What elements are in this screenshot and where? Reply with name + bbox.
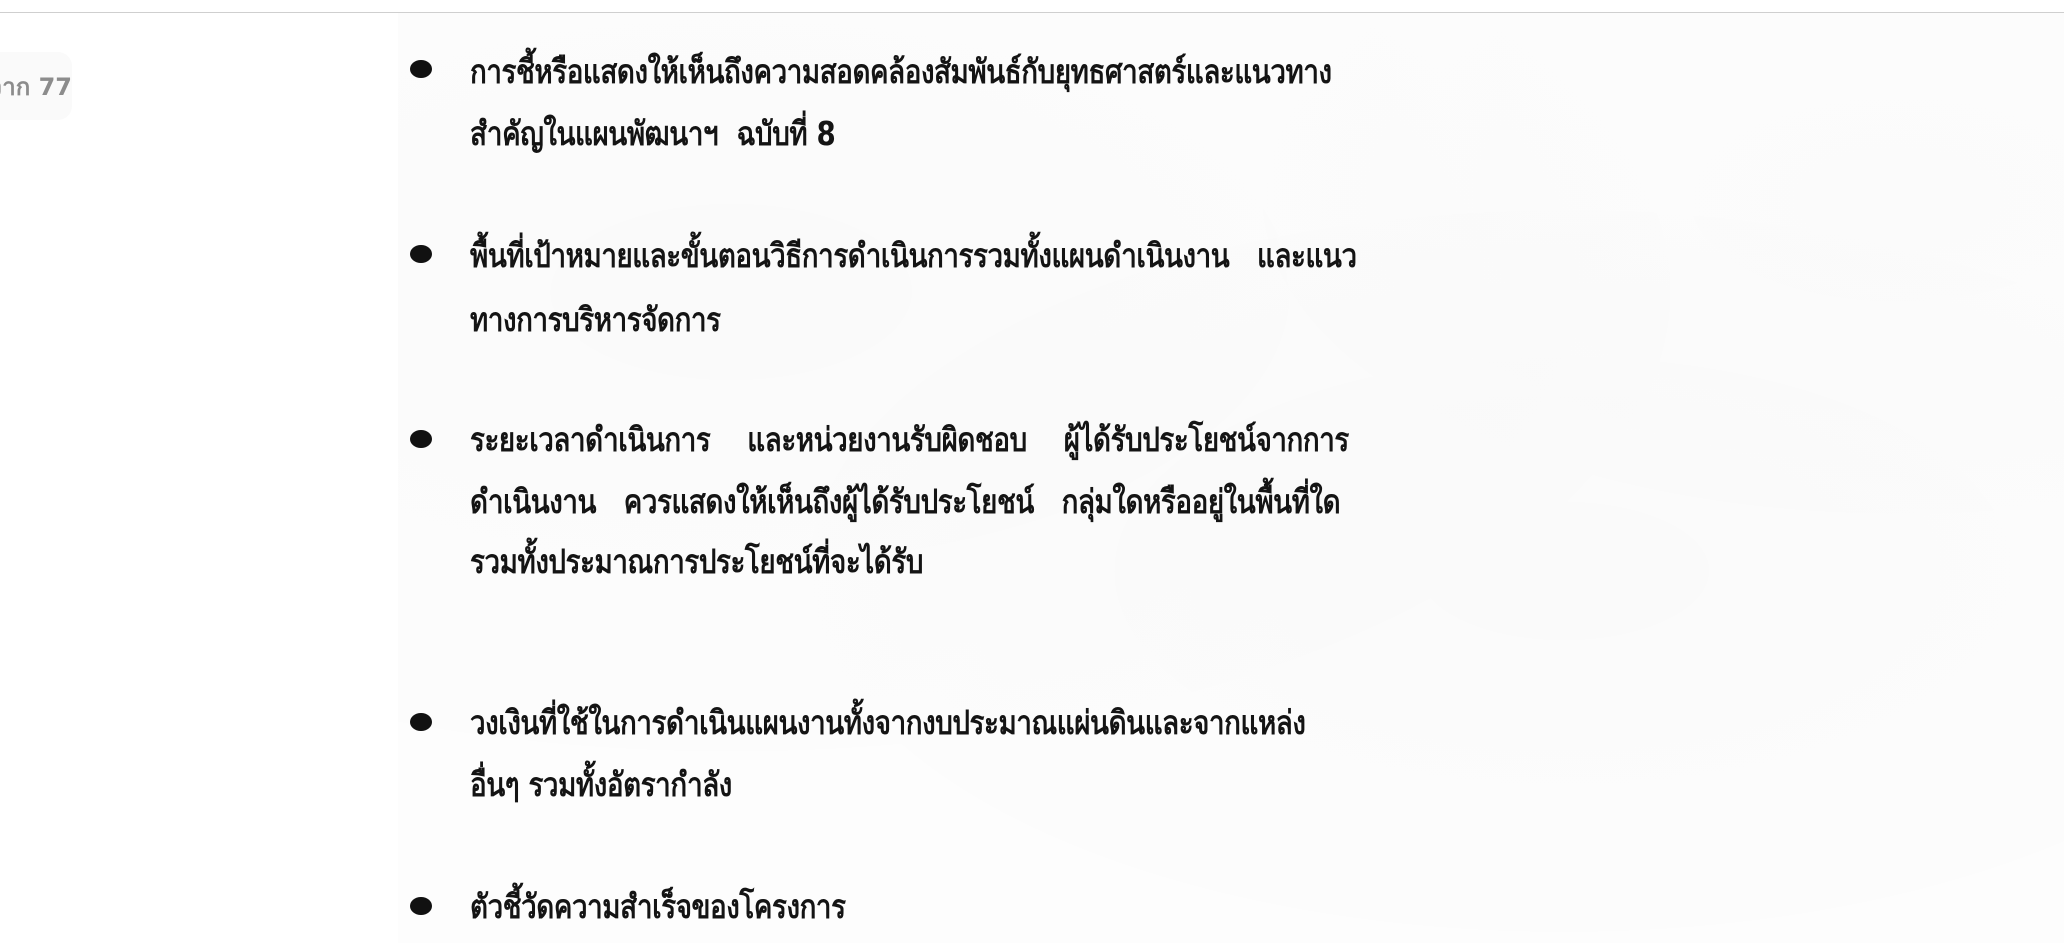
list-item-text: การชี้หรือแสดงให้เห็นถึงความสอดคล้องสัมพ… (470, 45, 1332, 98)
bullet-icon (410, 713, 432, 731)
list-item-text: วงเงินที่ใช้ในการดำเนินแผนงานทั้งจากงบปร… (470, 696, 1305, 749)
page-count-badge: จาก 77 (0, 52, 72, 120)
list-item-text: อื่นๆ รวมทั้งอัตรากำลัง (470, 758, 732, 811)
page-count-label: จาก 77 (0, 67, 72, 106)
list-item-text: ดำเนินงาน ควรแสดงให้เห็นถึงผู้ได้รับประโ… (470, 475, 1340, 528)
bullet-icon (410, 245, 432, 263)
list-item-text: ตัวชี้วัดความสำเร็จของโครงการ (470, 880, 846, 933)
bullet-icon (410, 60, 432, 78)
document-viewer: จาก 77 การชี้หรือแสดงให้เห็นถึงความสอดคล… (0, 0, 2064, 943)
list-item-text: รวมทั้งประมาณการประโยชน์ที่จะได้รับ (470, 535, 923, 588)
scanned-page: การชี้หรือแสดงให้เห็นถึงความสอดคล้องสัมพ… (398, 13, 2064, 943)
list-item-text: สำคัญในแผนพัฒนาฯ ฉบับที่ 8 (470, 107, 835, 160)
bullet-icon (410, 897, 432, 915)
list-item-text: พื้นที่เป้าหมายและขั้นตอนวิธีการดำเนินกา… (470, 229, 1357, 282)
list-item-text: ทางการบริหารจัดการ (470, 293, 721, 346)
list-item-text: ระยะเวลาดำเนินการ และหน่วยงานรับผิดชอบ ผ… (470, 413, 1349, 466)
bullet-icon (410, 430, 432, 448)
